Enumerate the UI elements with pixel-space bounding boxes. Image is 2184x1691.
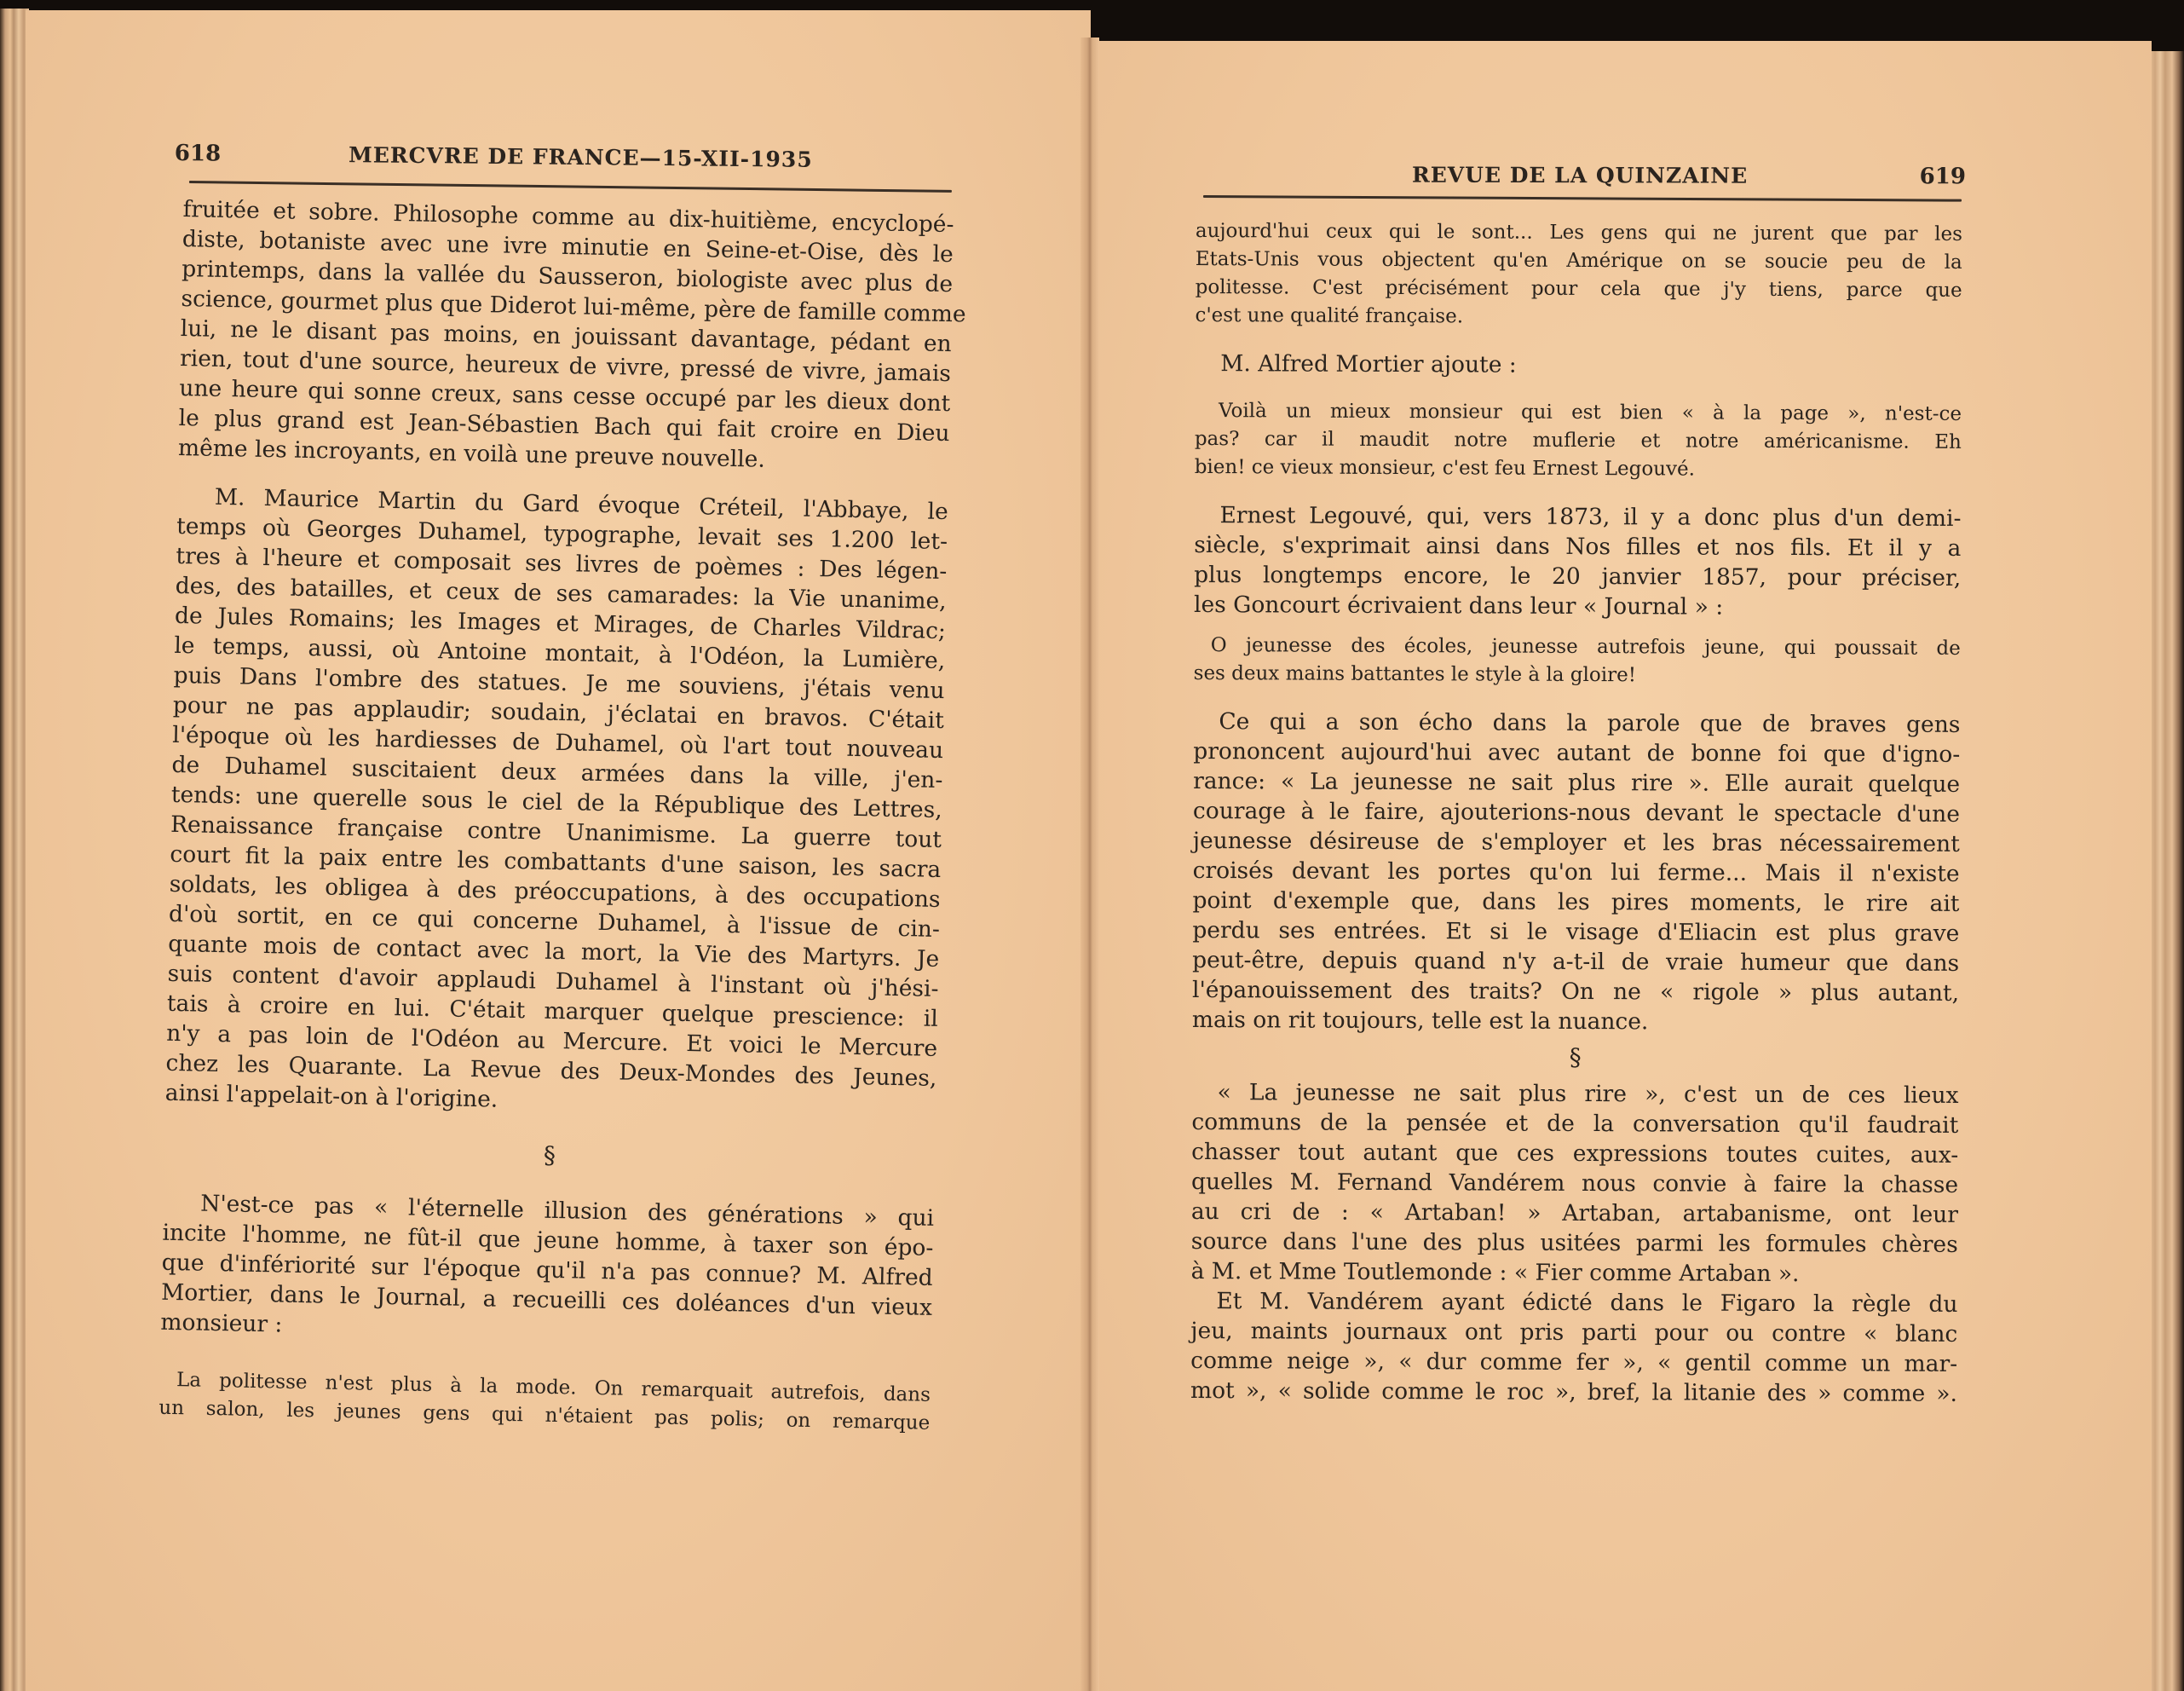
text-line: M. Alfred Mortier ajoute : bbox=[1195, 349, 1962, 382]
block-quote: aujourd'hui ceux qui le sont... Les gens… bbox=[1195, 217, 1962, 333]
text-line: rance: « La jeunesse ne sait plus rire »… bbox=[1193, 766, 1960, 799]
text-line: Et M. Vandérem ayant édicté dans le Figa… bbox=[1190, 1286, 1957, 1319]
text-line: courage à le faire, ajouterions-nous dev… bbox=[1193, 796, 1960, 829]
quote-line: c'est une qualité française. bbox=[1195, 302, 1962, 333]
paragraph: « La jeunesse ne sait plus rire », c'est… bbox=[1191, 1077, 1959, 1290]
text-line: l'épanouissement des traits? On ne « rig… bbox=[1192, 975, 1959, 1008]
quote-line: O jeunesse des écoles, jeunesse autrefoi… bbox=[1194, 632, 1961, 663]
text-line: point d'exemple que, dans les pires mome… bbox=[1192, 886, 1959, 919]
paragraph: M. Maurice Martin du Gard évoque Créteil… bbox=[164, 482, 948, 1123]
text-line: siècle, s'exprimait ainsi dans Nos fille… bbox=[1194, 530, 1961, 563]
quote-line: politesse. C'est précisément pour cela q… bbox=[1196, 274, 1962, 305]
quote-line: pas? car il maudit notre muflerie et not… bbox=[1195, 425, 1962, 457]
text-line: Ce qui a son écho dans la parole que de … bbox=[1193, 707, 1960, 740]
text-line: jeunesse désireuse de s'employer et les … bbox=[1193, 826, 1960, 859]
text-line: comme neige », « dur comme fer », « gent… bbox=[1190, 1346, 1957, 1379]
quote-line: Etats-Unis vous objectent qu'en Amérique… bbox=[1196, 245, 1962, 277]
paragraph: Et M. Vandérem ayant édicté dans le Figa… bbox=[1190, 1286, 1958, 1409]
quote-line: aujourd'hui ceux qui le sont... Les gens… bbox=[1196, 217, 1962, 249]
text-line: les Goncourt écrivaient dans leur « Jour… bbox=[1194, 590, 1961, 623]
text-line: quelles M. Fernand Vandérem nous convie … bbox=[1191, 1167, 1958, 1200]
right-page-stack-edge bbox=[2150, 51, 2184, 1691]
left-text-column: fruitée et sobre. Philosophe comme au di… bbox=[158, 194, 954, 1438]
text-line: croisés devant les portes qu'on lui ferm… bbox=[1193, 856, 1960, 889]
page-number-left: 618 bbox=[175, 141, 222, 167]
block-quote: Voilà un mieux monsieur qui est bien « à… bbox=[1195, 397, 1962, 485]
running-head-title-right: REVUE DE LA QUINZAINE bbox=[1412, 163, 1748, 188]
paragraph: fruitée et sobre. Philosophe comme au di… bbox=[178, 194, 954, 478]
running-head-title-left: MERCVRE DE FRANCE—15-XII-1935 bbox=[349, 142, 813, 172]
text-line: plus longtemps encore, le 20 janvier 185… bbox=[1194, 560, 1961, 593]
text-line: prononcent aujourd'hui avec autant de bo… bbox=[1193, 736, 1960, 770]
paragraph: M. Alfred Mortier ajoute : bbox=[1195, 349, 1962, 382]
paragraph: Ce qui a son écho dans la parole que de … bbox=[1192, 707, 1961, 1038]
left-page-stack-edge bbox=[0, 9, 29, 1691]
text-line: communs de la pensée et de la conversati… bbox=[1191, 1107, 1958, 1140]
open-book: 618 MERCVRE DE FRANCE—15-XII-1935 REVUE … bbox=[0, 0, 2184, 1691]
text-line: peut-être, depuis quand n'y a-t-il de vr… bbox=[1192, 945, 1959, 978]
block-quote: O jeunesse des écoles, jeunesse autrefoi… bbox=[1194, 632, 1961, 691]
text-line: à M. et Mme Toutlemonde : « Fier comme A… bbox=[1191, 1256, 1958, 1290]
right-text-column: aujourd'hui ceux qui le sont... Les gens… bbox=[1190, 217, 1962, 1409]
text-line: source dans l'une des plus usitées parmi… bbox=[1191, 1226, 1958, 1260]
text-line: jeu, maints journaux ont pris parti pour… bbox=[1190, 1316, 1957, 1349]
text-line: mot », « solide comme le roc », bref, la… bbox=[1190, 1376, 1957, 1409]
text-line: mais on rit toujours, telle est la nuanc… bbox=[1192, 1005, 1959, 1038]
page-number-right: 619 bbox=[1920, 164, 1966, 189]
quote-line: Voilà un mieux monsieur qui est bien « à… bbox=[1195, 397, 1962, 429]
text-line: perdu ses entrées. Et si le visage d'Eli… bbox=[1192, 915, 1959, 949]
book-gutter bbox=[1080, 38, 1099, 1691]
text-line: Ernest Legouvé, qui, vers 1873, il y a d… bbox=[1194, 500, 1961, 534]
section-mark: § bbox=[1192, 1035, 1959, 1081]
paragraph: Ernest Legouvé, qui, vers 1873, il y a d… bbox=[1194, 500, 1962, 623]
text-line: au cri de : « Artaban! » Artaban, artaba… bbox=[1191, 1197, 1958, 1230]
quote-line: bien! ce vieux monsieur, c'est feu Ernes… bbox=[1195, 453, 1962, 485]
quote-line: ses deux mains battantes le style à la g… bbox=[1194, 660, 1961, 691]
text-line: « La jeunesse ne sait plus rire », c'est… bbox=[1191, 1077, 1958, 1111]
right-running-head: REVUE DE LA QUINZAINE 619 bbox=[1203, 162, 1966, 189]
text-line: chasser tout autant que ces expressions … bbox=[1191, 1137, 1958, 1170]
paragraph: N'est-ce pas « l'éternelle illusion des … bbox=[160, 1188, 934, 1353]
